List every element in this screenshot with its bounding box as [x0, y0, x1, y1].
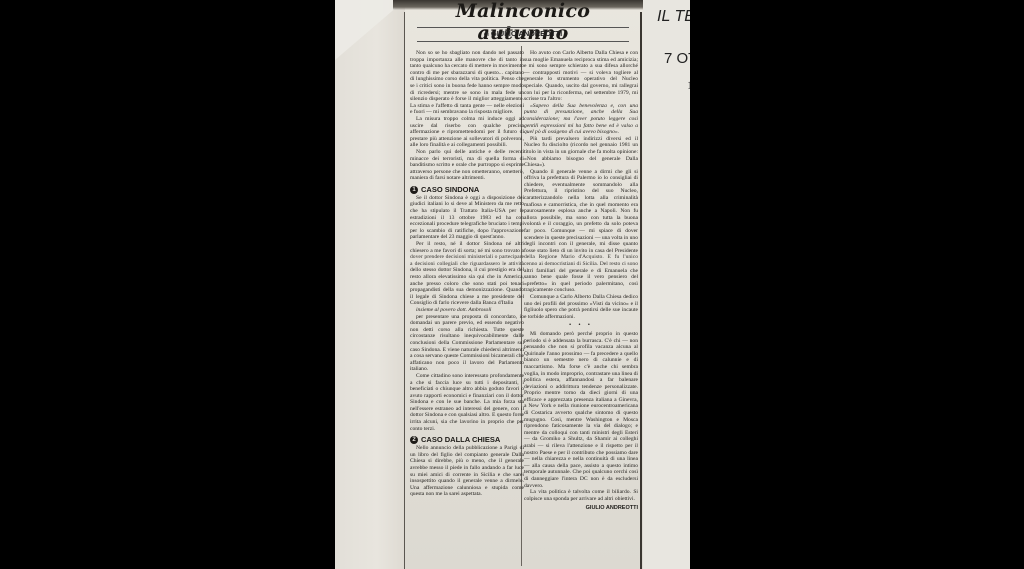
newspaper-photo: IL TE 7 OTT 1 Malinconico autunno di GIU…: [335, 0, 690, 569]
section-number-badge: 2: [410, 436, 418, 444]
folded-page-edge: [335, 0, 405, 569]
paragraph: Comunque a Carlo Alberto Dalla Chiesa de…: [524, 294, 638, 320]
adjacent-page-date: 7 OTT: [664, 50, 690, 67]
paragraph: Ho avuto con Carlo Alberto Dalla Chiesa …: [524, 50, 638, 103]
author-signature: GIULIO ANDREOTTI: [524, 505, 638, 512]
adjacent-page: IL TE 7 OTT 1: [643, 0, 690, 569]
adjacent-page-mark: 1: [687, 78, 690, 93]
article-column-left: Non so se ho sbagliato non dando nel pas…: [410, 50, 524, 498]
byline-author: GIULIO ANDREOTTI: [491, 29, 562, 38]
left-column-rule: [404, 12, 405, 569]
article-column-right: Ho avuto con Carlo Alberto Dalla Chiesa …: [524, 50, 638, 512]
headline-rule: [417, 27, 629, 28]
paragraph: Mi domando però perché proprio in questo…: [524, 331, 638, 489]
section-heading-sindona: 1 CASO SINDONA: [410, 186, 524, 194]
paragraph: per presentare una proposta di concordat…: [410, 314, 524, 373]
paragraph: Quando il generale venne a dirmi che gli…: [524, 169, 638, 294]
paragraph: Non so se ho sbagliato non dando nel pas…: [410, 50, 524, 116]
section-title: CASO DALLA CHIESA: [421, 437, 500, 444]
section-heading-dalla-chiesa: 2 CASO DALLA CHIESA: [410, 436, 524, 444]
right-column-rule: [640, 12, 642, 569]
byline-rule: [417, 41, 629, 42]
paragraph: Come cittadino sono interessato profonda…: [410, 373, 524, 432]
paragraph: Se il dottor Sindona è oggi a disposizio…: [410, 195, 524, 241]
byline-prefix: di: [484, 31, 489, 38]
byline: di GIULIO ANDREOTTI: [407, 29, 639, 38]
italic-quote: «Sapevo della Sua benevolenza e, con una…: [524, 103, 638, 136]
section-separator: • • •: [524, 322, 638, 329]
section-number-badge: 1: [410, 186, 418, 194]
section-title: CASO SINDONA: [421, 187, 479, 194]
paragraph: La vita politica è talvolta come il bili…: [524, 489, 638, 502]
paragraph: Non parlo qui delle antiche e delle rece…: [410, 149, 524, 182]
light-sheen: [405, 250, 640, 270]
paragraph: La misura troppo colma mi induce oggi ad…: [410, 116, 524, 149]
adjacent-page-title: IL TE: [657, 8, 690, 26]
paragraph: Nello annuncio della pubblicazione a Par…: [410, 445, 524, 498]
italic-phrase: insieme al povero dott. Ambrosoli: [410, 307, 524, 314]
paragraph: Più tardi prevalsero indirizzi diversi e…: [524, 136, 638, 169]
